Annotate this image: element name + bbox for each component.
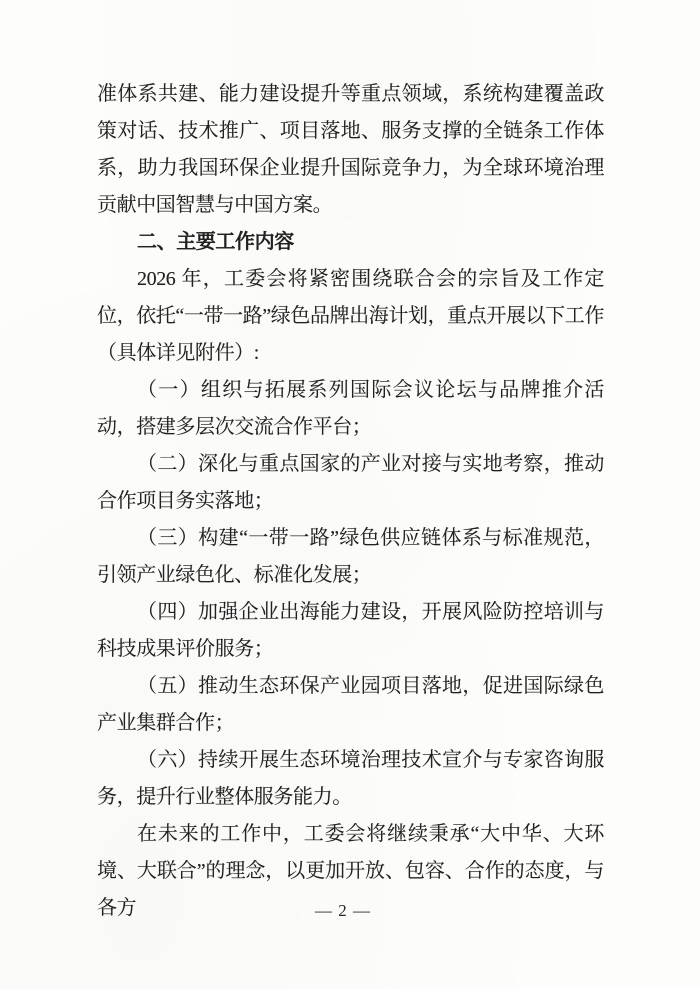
- list-item-1: （一）组织与拓展系列国际会议论坛与品牌推介活动，搭建多层次交流合作平台；: [97, 372, 604, 446]
- list-item-5: （五）推动生态环保产业园项目落地，促进国际绿色产业集群合作；: [97, 668, 604, 742]
- page-number: — 2 —: [0, 901, 686, 921]
- list-item-2: （二）深化与重点国家的产业对接与实地考察，推动合作项目务实落地；: [97, 446, 604, 520]
- document-body: 准体系共建、能力建设提升等重点领域，系统构建覆盖政策对话、技术推广、项目落地、服…: [97, 76, 604, 927]
- intro-paragraph: 2026 年，工委会将紧密围绕联合会的宗旨及工作定位，依托“一带一路”绿色品牌出…: [97, 261, 604, 372]
- continuation-paragraph: 准体系共建、能力建设提升等重点领域，系统构建覆盖政策对话、技术推广、项目落地、服…: [97, 76, 604, 224]
- document-page: 准体系共建、能力建设提升等重点领域，系统构建覆盖政策对话、技术推广、项目落地、服…: [0, 0, 700, 989]
- list-item-3: （三）构建“一带一路”绿色供应链体系与标准规范，引领产业绿色化、标准化发展；: [97, 520, 604, 594]
- list-item-6: （六）持续开展生态环境治理技术宣介与专家咨询服务，提升行业整体服务能力。: [97, 742, 604, 816]
- list-item-4: （四）加强企业出海能力建设，开展风险防控培训与科技成果评价服务；: [97, 594, 604, 668]
- section-heading: 二、主要工作内容: [97, 224, 604, 261]
